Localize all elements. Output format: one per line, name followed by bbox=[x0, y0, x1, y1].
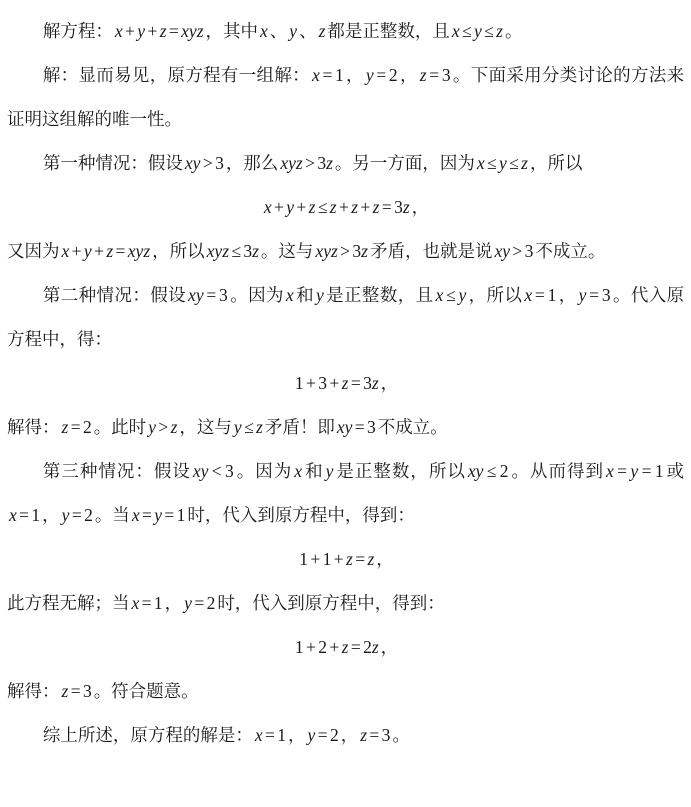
text-run: ，所以 bbox=[530, 153, 583, 173]
math-run: xy > 3 bbox=[492, 241, 535, 261]
math-variable: x bbox=[193, 461, 201, 481]
text-run: 不成立。 bbox=[378, 417, 448, 437]
final-conclusion: 综上所述，原方程的解是：x = 1，y = 2，z = 3。 bbox=[7, 713, 684, 757]
math-run: 1 + 3 + z = 3z bbox=[293, 373, 381, 393]
math-variable: z bbox=[372, 637, 379, 657]
text-run: ， bbox=[400, 65, 418, 85]
math-variable: z bbox=[256, 417, 263, 437]
text-run: 。另一方面，因为 bbox=[335, 153, 475, 173]
math-variable: z bbox=[222, 241, 229, 261]
math-variable: z bbox=[351, 197, 358, 217]
text-run: 又因为 bbox=[7, 241, 60, 261]
math-run: 1 + 2 + z = 2z bbox=[293, 637, 381, 657]
math-run: x = y = 1 bbox=[604, 461, 666, 481]
text-run: 。此时 bbox=[94, 417, 147, 437]
case-3-conclusion: 解得：z = 3。符合题意。 bbox=[7, 669, 684, 713]
text-run: 第一种情况：假设 bbox=[43, 153, 183, 173]
text-run: 第二种情况：假设 bbox=[43, 285, 186, 305]
math-variable: z bbox=[360, 725, 367, 745]
text-run: 。因为 bbox=[230, 285, 284, 305]
problem-statement: 解方程：x + y + z = xyz，其中x、y、z都是正整数，且x ≤ y … bbox=[7, 9, 684, 53]
math-variable: z bbox=[342, 373, 349, 393]
text-run: 矛盾！即 bbox=[265, 417, 335, 437]
text-run: 、 bbox=[270, 21, 288, 41]
math-variable: y bbox=[326, 461, 334, 481]
math-variable: y bbox=[289, 21, 297, 41]
text-run: ， bbox=[42, 505, 60, 525]
equation-3: 1 + 1 + z = z， bbox=[7, 537, 684, 581]
math-variable: z bbox=[326, 153, 333, 173]
math-run: y bbox=[287, 21, 299, 41]
math-variable: y bbox=[62, 505, 70, 525]
text-run: 时，代入到原方程中，得到： bbox=[217, 593, 445, 613]
math-variable: y bbox=[137, 21, 145, 41]
math-variable: z bbox=[330, 197, 337, 217]
math-variable: y bbox=[84, 241, 92, 261]
text-run: 。因为 bbox=[236, 461, 293, 481]
math-variable: z bbox=[420, 65, 427, 85]
math-run: z = 2 bbox=[60, 417, 94, 437]
math-variable: x bbox=[260, 21, 268, 41]
math-variable: x bbox=[477, 153, 485, 173]
text-run: 矛盾，也就是说 bbox=[370, 241, 493, 261]
math-run: x + y + z = xyz bbox=[60, 241, 153, 261]
math-variable: y bbox=[308, 725, 316, 745]
case-3-start: 第三种情况：假设xy < 3。因为x和y是正整数，所以xy ≤ 2。从而得到x … bbox=[7, 449, 684, 537]
math-run: x = 1 bbox=[253, 725, 288, 745]
math-run: z bbox=[317, 21, 328, 41]
math-variable: x bbox=[524, 285, 532, 305]
math-run: x ≤ y ≤ z bbox=[450, 21, 505, 41]
solution-intro: 解：显而易见，原方程有一组解：x = 1，y = 2，z = 3。下面采用分类讨… bbox=[7, 53, 684, 141]
text-run: 时，代入到原方程中，得到： bbox=[187, 505, 415, 525]
math-variable: y bbox=[288, 153, 296, 173]
math-variable: x bbox=[132, 593, 140, 613]
math-variable: z bbox=[346, 549, 353, 569]
math-run: 1 + 1 + z = z bbox=[297, 549, 376, 569]
math-run: z = 3 bbox=[418, 65, 453, 85]
math-variable: y bbox=[234, 417, 242, 437]
case-3-subcase-2: 此方程无解；当x = 1，y = 2时，代入到原方程中，得到： bbox=[7, 581, 684, 625]
text-run: 综上所述，原方程的解是： bbox=[43, 725, 253, 745]
math-variable: x bbox=[132, 505, 140, 525]
math-run: xyz ≤ 3z bbox=[205, 241, 261, 261]
math-variable: z bbox=[143, 241, 150, 261]
math-run: xyz > 3z bbox=[278, 153, 335, 173]
text-run: 此方程无解；当 bbox=[7, 593, 130, 613]
math-variable: z bbox=[106, 241, 113, 261]
math-variable: x bbox=[606, 461, 614, 481]
case-1-start: 第一种情况：假设xy > 3，那么xyz > 3z。另一方面，因为x ≤ y ≤… bbox=[7, 141, 684, 185]
text-run: 。符合题意。 bbox=[94, 681, 199, 701]
text-run: ， bbox=[376, 549, 394, 569]
math-variable: y bbox=[630, 461, 638, 481]
math-variable: y bbox=[196, 285, 204, 305]
text-run: 不成立。 bbox=[535, 241, 605, 261]
text-run: 是正整数，且 bbox=[326, 285, 434, 305]
math-variable: x bbox=[181, 21, 189, 41]
text-run: ， bbox=[558, 285, 576, 305]
text-run: 、 bbox=[299, 21, 317, 41]
math-variable: z bbox=[171, 417, 178, 437]
math-variable: x bbox=[436, 285, 444, 305]
math-variable: x bbox=[128, 241, 136, 261]
text-run: 。当 bbox=[95, 505, 130, 525]
text-run: 。从而得到 bbox=[511, 461, 604, 481]
text-run: ， bbox=[165, 593, 183, 613]
math-run: xy = 3 bbox=[335, 417, 378, 437]
text-run: ， bbox=[346, 65, 364, 85]
text-run: 和 bbox=[304, 461, 324, 481]
text-run: 。这与 bbox=[261, 241, 314, 261]
case-2-conclusion: 解得：z = 2。此时y > z，这与y ≤ z矛盾！即xy = 3不成立。 bbox=[7, 405, 684, 449]
math-variable: x bbox=[255, 725, 263, 745]
math-variable: y bbox=[502, 241, 510, 261]
math-run: x = 1 bbox=[522, 285, 558, 305]
math-run: y > z bbox=[146, 417, 179, 437]
case-2-start: 第二种情况：假设xy = 3。因为x和y是正整数，且x ≤ y，所以x = 1，… bbox=[7, 273, 684, 361]
math-run: x = 1 bbox=[130, 593, 165, 613]
math-variable: x bbox=[264, 197, 272, 217]
math-variable: x bbox=[62, 241, 70, 261]
math-run: x + y + z = xyz bbox=[113, 21, 206, 41]
math-variable: z bbox=[403, 197, 410, 217]
math-run: y = 3 bbox=[577, 285, 613, 305]
math-run: xyz > 3z bbox=[313, 241, 370, 261]
math-variable: y bbox=[184, 593, 192, 613]
text-run: 。 bbox=[505, 21, 523, 41]
math-variable: z bbox=[160, 21, 167, 41]
math-variable: y bbox=[154, 505, 162, 525]
math-variable: y bbox=[189, 21, 197, 41]
math-variable: y bbox=[366, 65, 374, 85]
math-variable: x bbox=[280, 153, 288, 173]
math-run: x = 1 bbox=[7, 505, 42, 525]
text-run: ， bbox=[412, 197, 430, 217]
math-variable: z bbox=[62, 417, 69, 437]
math-variable: y bbox=[323, 241, 331, 261]
math-run: x bbox=[284, 285, 296, 305]
math-variable: z bbox=[342, 637, 349, 657]
text-run: 解：显而易见，原方程有一组解： bbox=[43, 65, 310, 85]
text-run: ，那么 bbox=[226, 153, 279, 173]
math-variable: y bbox=[476, 461, 484, 481]
text-run: 和 bbox=[296, 285, 314, 305]
math-variable: x bbox=[9, 505, 17, 525]
equation-2: 1 + 3 + z = 3z， bbox=[7, 361, 684, 405]
math-variable: z bbox=[197, 21, 204, 41]
text-run: ，其中 bbox=[206, 21, 259, 41]
text-run: 解得： bbox=[7, 681, 60, 701]
math-run: x bbox=[292, 461, 304, 481]
math-run: x ≤ y bbox=[434, 285, 469, 305]
math-run: y bbox=[324, 461, 336, 481]
text-run: 解方程： bbox=[43, 21, 113, 41]
text-run: ，这与 bbox=[179, 417, 232, 437]
math-variable: x bbox=[286, 285, 294, 305]
math-variable: z bbox=[372, 373, 379, 393]
math-variable: y bbox=[193, 153, 201, 173]
math-variable: y bbox=[286, 197, 294, 217]
math-variable: y bbox=[474, 21, 482, 41]
case-1-conclusion: 又因为x + y + z = xyz，所以xyz ≤ 3z。这与xyz > 3z… bbox=[7, 229, 684, 273]
math-variable: z bbox=[373, 197, 380, 217]
math-run: x = 1 bbox=[310, 65, 346, 85]
text-run: 第三种情况：假设 bbox=[43, 461, 191, 481]
text-run: ，所以 bbox=[152, 241, 205, 261]
math-variable: y bbox=[579, 285, 587, 305]
math-variable: y bbox=[499, 153, 507, 173]
math-variable: z bbox=[62, 681, 69, 701]
math-variable: x bbox=[337, 417, 345, 437]
math-variable: z bbox=[367, 549, 374, 569]
text-run: ，所以 bbox=[468, 285, 522, 305]
math-run: x + y + z ≤ z + z + z = 3z bbox=[262, 197, 412, 217]
text-run: ， bbox=[341, 725, 359, 745]
math-variable: z bbox=[309, 197, 316, 217]
math-variable: x bbox=[185, 153, 193, 173]
math-variable: z bbox=[521, 153, 528, 173]
math-run: y = 2 bbox=[182, 593, 217, 613]
math-variable: z bbox=[252, 241, 259, 261]
document-page: 解方程：x + y + z = xyz，其中x、y、z都是正整数，且x ≤ y … bbox=[0, 0, 691, 807]
equation-1: x + y + z ≤ z + z + z = 3z， bbox=[7, 185, 684, 229]
math-variable: z bbox=[361, 241, 368, 261]
text-run: 解得： bbox=[7, 417, 60, 437]
math-variable: y bbox=[316, 285, 324, 305]
math-run: y = 2 bbox=[60, 505, 95, 525]
math-run: y bbox=[314, 285, 326, 305]
math-variable: x bbox=[294, 461, 302, 481]
math-run: y = 2 bbox=[364, 65, 400, 85]
text-run: 是正整数，所以 bbox=[335, 461, 465, 481]
math-variable: x bbox=[452, 21, 460, 41]
text-run: ， bbox=[288, 725, 306, 745]
math-variable: z bbox=[296, 153, 303, 173]
equation-4: 1 + 2 + z = 2z， bbox=[7, 625, 684, 669]
text-run: 或 bbox=[666, 461, 685, 481]
text-run: 都是正整数，且 bbox=[327, 21, 450, 41]
math-run: xy < 3 bbox=[191, 461, 236, 481]
math-variable: x bbox=[312, 65, 320, 85]
math-variable: y bbox=[458, 285, 466, 305]
math-run: z = 3 bbox=[358, 725, 392, 745]
math-run: y = 2 bbox=[306, 725, 341, 745]
math-variable: x bbox=[468, 461, 476, 481]
math-run: x bbox=[258, 21, 270, 41]
math-run: z = 3 bbox=[60, 681, 94, 701]
math-run: xy ≤ 2 bbox=[466, 461, 511, 481]
text-run: ， bbox=[381, 373, 399, 393]
math-variable: y bbox=[148, 417, 156, 437]
math-variable: x bbox=[188, 285, 196, 305]
math-variable: x bbox=[115, 21, 123, 41]
math-run: y ≤ z bbox=[232, 417, 265, 437]
math-run: x ≤ y ≤ z bbox=[475, 153, 530, 173]
math-variable: y bbox=[345, 417, 353, 437]
math-variable: z bbox=[319, 21, 326, 41]
text-run: 。 bbox=[392, 725, 410, 745]
math-variable: z bbox=[496, 21, 503, 41]
math-variable: y bbox=[201, 461, 209, 481]
text-run: ， bbox=[381, 637, 399, 657]
math-run: x = y = 1 bbox=[130, 505, 188, 525]
math-variable: z bbox=[331, 241, 338, 261]
math-run: xy > 3 bbox=[183, 153, 226, 173]
math-run: xy = 3 bbox=[186, 285, 230, 305]
